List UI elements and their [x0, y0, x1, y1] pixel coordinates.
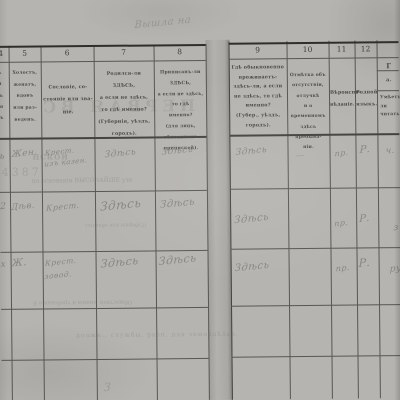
grid-hline [229, 57, 399, 60]
grid-hline [230, 247, 400, 250]
col5-header: Холостъ, женатъ, вдовъ или раз- веденъ. [9, 68, 42, 127]
row1-religion: пр. [334, 148, 349, 158]
row3-estate: Крест. завод. [44, 255, 77, 284]
grid-hline [0, 60, 206, 63]
row2-literacy-fragment: з [393, 223, 399, 234]
col13-subtext-cut: Умѣетъ ли читать [380, 94, 400, 120]
col4-header-cut: ъ и ть ся въ [0, 68, 7, 124]
col8-header: Приписанъ-ли ЗДѢСЬ, а если не здѣсь, то … [155, 68, 207, 155]
col13-header-cut: Г [379, 58, 399, 75]
row1-residence: Здѣсь [235, 145, 267, 158]
row2-language: Р. [359, 213, 370, 225]
ghost-fragment-2: на основаніи ВЫСОЧАЙШЕ утв [32, 177, 133, 185]
census-form-scan: Вышла на ПЕРВАЯ ВС 4387 НСКОЙ на основан… [0, 0, 400, 400]
grid-hline [231, 304, 400, 307]
top-handwritten-note: Вышла на [134, 15, 191, 32]
ghost-fragment-4: Обществен. знанія и требованія В [33, 299, 132, 306]
row3-birthplace: Здѣсь [100, 254, 139, 271]
col9-header: Гдѣ обыкновенно проживаетъ: здѣсь-ли, а … [230, 63, 287, 131]
row1-estate: Крест. изъ казен. [44, 144, 88, 171]
row2-registered: Здѣсь [160, 196, 195, 210]
col-number-5: 5 [9, 49, 41, 58]
col-number-11: 11 [329, 45, 355, 54]
row3-residence: Здѣсь [234, 260, 269, 274]
col-number-7: 7 [94, 47, 154, 57]
row3-religion: пр. [335, 263, 350, 273]
ghost-fragment-6: З [104, 380, 112, 394]
grid-hline [1, 307, 208, 310]
row2-birthplace: Здѣсь [100, 196, 142, 214]
row1-registered: Здѣсь [161, 145, 193, 158]
col10-header: Отмѣтка объ отсутствіи, отлучкѣ и о врем… [288, 71, 329, 154]
col-number-9: 9 [229, 45, 287, 55]
grid-hline [0, 190, 207, 193]
col12-header: Родной языкъ. [356, 86, 376, 111]
row3-registered: Здѣсь [158, 251, 197, 268]
row2-col4-fragment: 2 [0, 202, 6, 213]
row2-residence: Здѣсь [234, 212, 269, 226]
col-number-10: 10 [287, 45, 329, 54]
row2-estate: Крест. [46, 201, 80, 213]
row3-marital-status: Ж. [11, 257, 27, 270]
row1-literacy-fragment: ч. [385, 146, 395, 157]
row2-religion: пр. [334, 218, 349, 228]
col-number-6: 6 [41, 48, 94, 58]
row3-literacy-fragment: ру [389, 264, 400, 275]
row1-absence-mark: — [295, 151, 305, 162]
col13-subheader: а. [379, 75, 399, 87]
grid-hline [232, 355, 400, 358]
row1-language: Р. [359, 144, 370, 156]
col6-header: Сословіе, со- стояніе или зва- ніе. [43, 81, 93, 119]
col-number-12: 12 [355, 44, 377, 53]
row1-col4-fragment: ь [0, 152, 5, 163]
paper-sheet: Вышла на ПЕРВАЯ ВС 4387 НСКОЙ на основан… [0, 0, 400, 400]
row3-language: Р. [358, 256, 370, 270]
row3-col4-fragment: х [0, 260, 6, 271]
col-number-4: 4 [0, 49, 6, 58]
col-number-8: 8 [154, 47, 206, 56]
col7-header: Родился-ли ЗДѢСЬ, а если не здѣсь, то гд… [95, 68, 154, 140]
col11-header: Вѣроиспо- вѣданіе. [330, 87, 354, 112]
grid-hline [2, 358, 209, 361]
row2-marital-status: Дѣв. [11, 200, 35, 212]
row1-birthplace: Здѣсь [104, 147, 136, 160]
col13-subline [377, 90, 399, 91]
grid-hline [230, 187, 400, 190]
